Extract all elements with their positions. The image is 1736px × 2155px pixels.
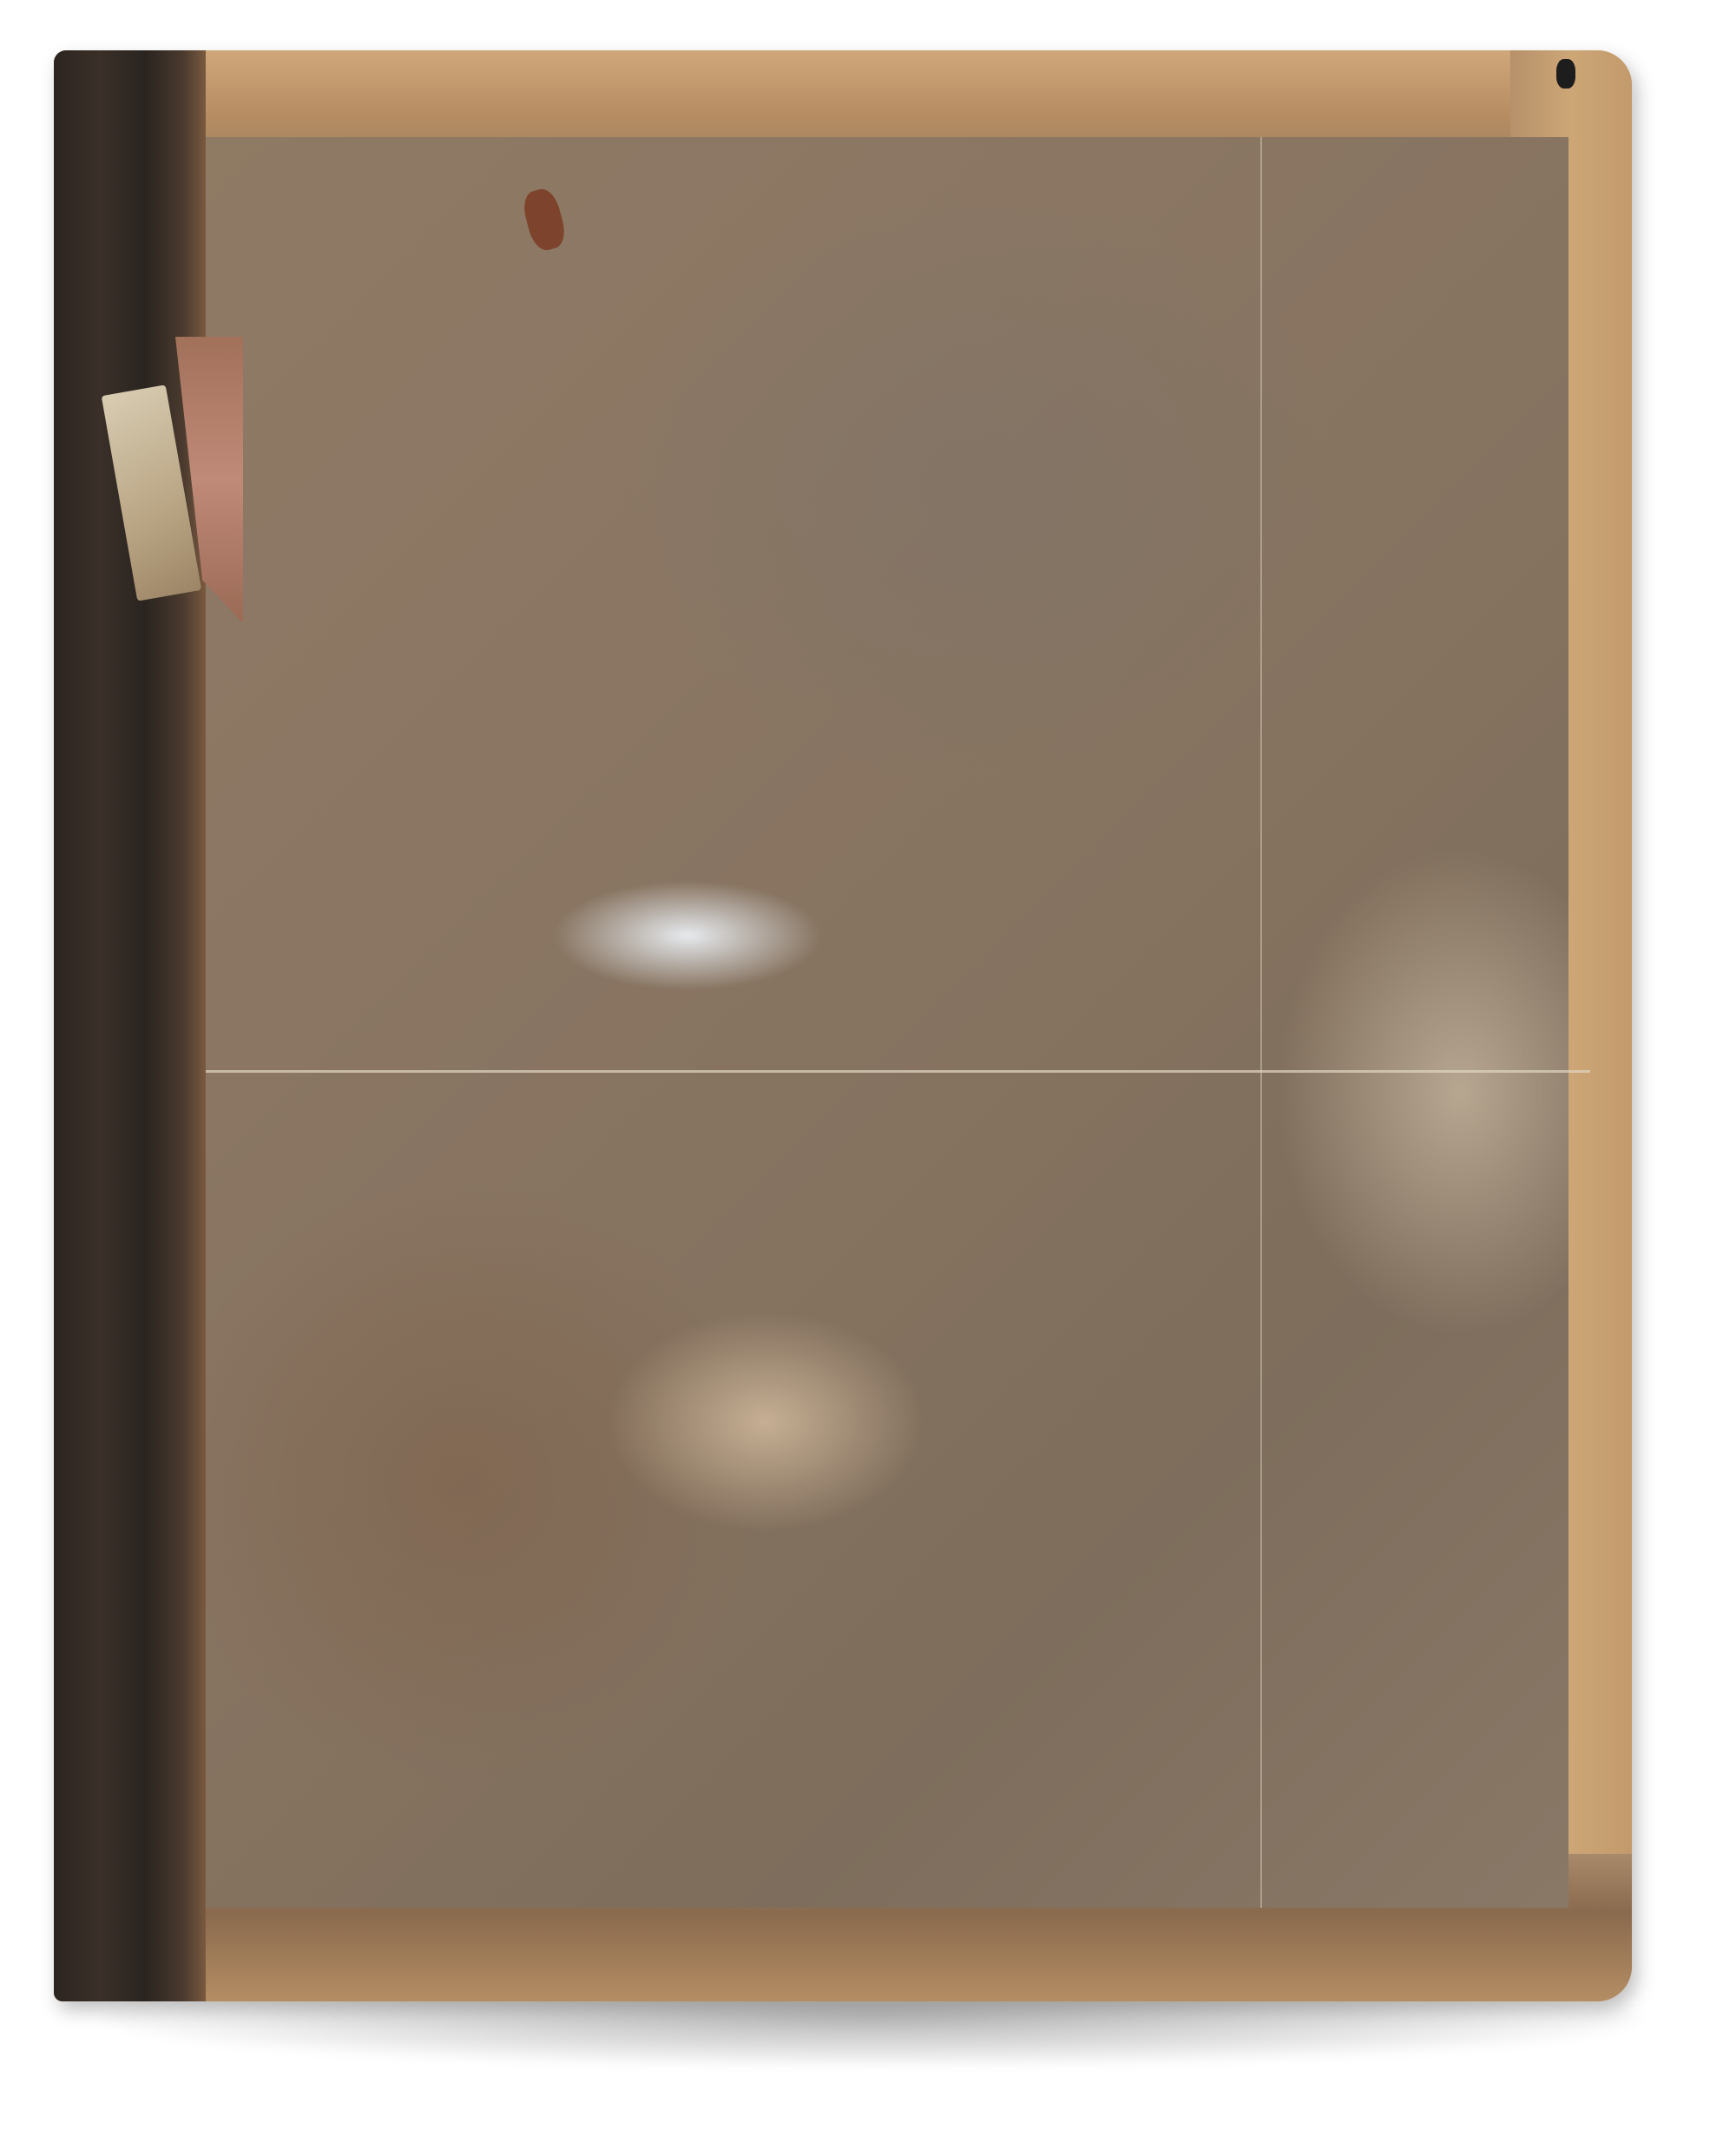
cover-panel [201, 137, 1568, 1908]
horizontal-crease [201, 1070, 1590, 1073]
vertical-crease [1260, 137, 1262, 1908]
ink-mark [1556, 59, 1575, 89]
book-cover [54, 50, 1632, 2001]
cover-border-top [206, 50, 1632, 146]
